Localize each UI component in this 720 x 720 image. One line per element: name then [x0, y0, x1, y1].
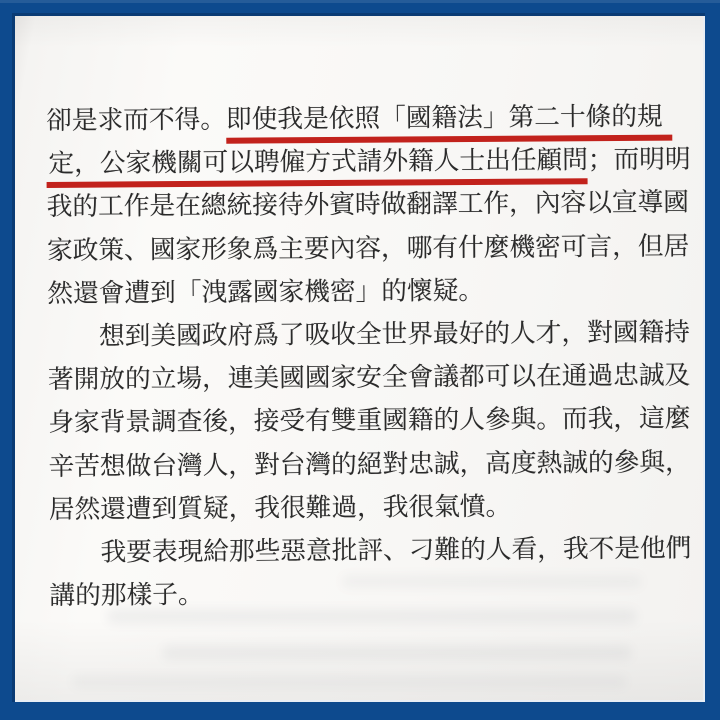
line-text: 家政策、國家形象爲主要內容，哪有什麼機密可言，但居	[47, 231, 689, 264]
line-text: 然還會遭到「洩露國家機密」的懷疑。	[47, 276, 484, 308]
line-text: 想到美國政府爲了吸收全世界最好的人才，對國籍持	[48, 317, 690, 350]
text-line: 然還會遭到「洩露國家機密」的懷疑。	[47, 267, 675, 315]
line-text: 辛苦想做台灣人，對台灣的絕對忠誠，高度熱誠的參與，	[48, 447, 690, 480]
text-line: 我要表現給那些惡意批評、刁難的人看，我不是他們	[49, 526, 677, 574]
text-line: 身家背景調查後，接受有雙重國籍的人參與。而我，這麼	[48, 397, 676, 445]
text-line: 定，公家機關可以聘僱方式請外籍人士出任顧問；而明明	[46, 138, 674, 186]
line-text: 講的那樣子。	[49, 580, 203, 610]
show-through-smudge	[72, 675, 627, 688]
book-page-photo: 卻是求而不得。即使我是依照「國籍法」第二十條的規 定，公家機關可以聘僱方式請外籍…	[12, 13, 705, 702]
line-text: 著開放的立場，連美國國家安全會議都可以在通過忠誠及	[48, 361, 690, 394]
framed-photo-post: { "frame": { "color": "#0d4a8e" }, "page…	[0, 0, 720, 720]
line-text: 卻是求而不得。	[46, 105, 226, 135]
line-text: 居然還遭到質疑，我很難過，我很氣憤。	[49, 491, 512, 523]
text-line: 我的工作是在總統接待外賓時做翻譯工作，內容以宣導國	[47, 181, 675, 229]
frame-top-highlight	[0, 0, 720, 3]
text-line: 卻是求而不得。即使我是依照「國籍法」第二十條的規	[46, 95, 674, 143]
line-text: 我要表現給那些惡意批評、刁難的人看，我不是他們	[49, 533, 691, 566]
text-line: 家政策、國家形象爲主要內容，哪有什麼機密可言，但居	[47, 224, 675, 272]
show-through-smudge	[342, 575, 642, 588]
show-through-smudge	[162, 645, 632, 660]
page-text-block: 卻是求而不得。即使我是依照「國籍法」第二十條的規 定，公家機關可以聘僱方式請外籍…	[46, 95, 678, 618]
text-line: 辛苦想做台灣人，對台灣的絕對忠誠，高度熱誠的參與，	[48, 440, 676, 488]
line-text: 身家背景調查後，接受有雙重國籍的人參與。而我，這麼	[48, 404, 690, 437]
text-line: 想到美國政府爲了吸收全世界最好的人才，對國籍持	[48, 311, 676, 359]
line-text: 我的工作是在總統接待外賓時做翻譯工作，內容以宣導國	[47, 188, 689, 221]
text-line: 著開放的立場，連美國國家安全會議都可以在通過忠誠及	[48, 354, 676, 402]
line-text: ；而明明	[588, 145, 691, 175]
text-line: 居然還遭到質疑，我很難過，我很氣憤。	[49, 483, 677, 531]
show-through-smudge	[107, 609, 637, 624]
